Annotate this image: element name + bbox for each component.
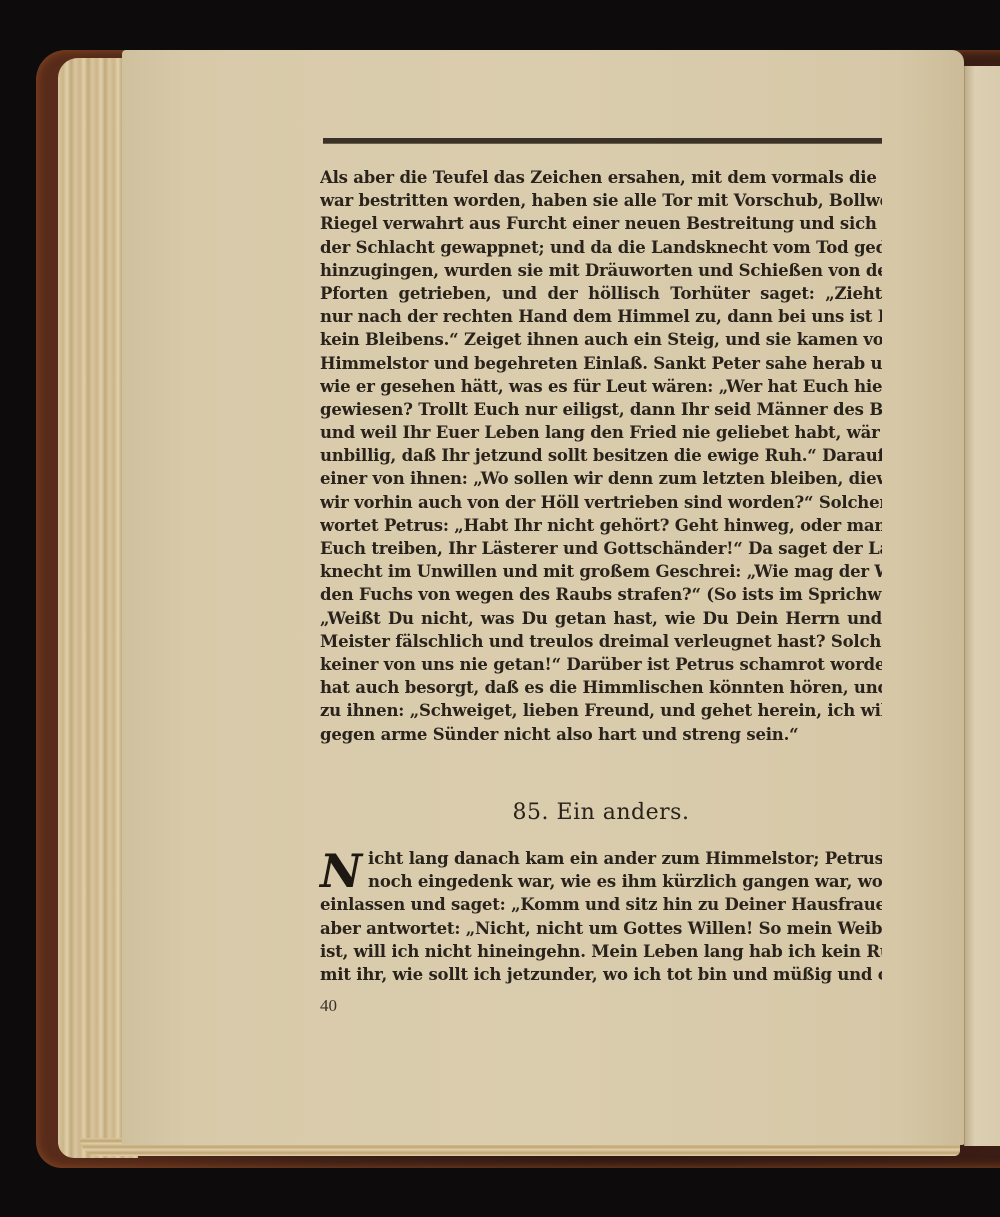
text-line: Riegel verwahrt aus Furcht einer neuen B…: [320, 212, 882, 235]
section-heading: 85. Ein anders.: [320, 800, 882, 825]
text-line: Pforten getrieben, und der höllisch Torh…: [320, 282, 882, 305]
continued-story-text: Als aber die Teufel das Zeichen ersahen,…: [320, 166, 882, 746]
header-rule: [323, 138, 882, 144]
text-line: aber antwortet: „Nicht, nicht um Gottes …: [320, 917, 882, 940]
text-line: zu ihnen: „Schweiget, lieben Freund, und…: [320, 699, 882, 722]
text-line: keiner von uns nie getan!“ Darüber ist P…: [320, 653, 882, 676]
text-line: „Weißt Du nicht, was Du getan hast, wie …: [320, 607, 882, 630]
drop-cap: N: [320, 849, 362, 893]
text-line: den Fuchs von wegen des Raubs strafen?“ …: [320, 583, 882, 606]
text-line: und weil Ihr Euer Leben lang den Fried n…: [320, 421, 882, 444]
text-line: war bestritten worden, haben sie alle To…: [320, 189, 882, 212]
text-line: wie er gesehen hätt, was es für Leut wär…: [320, 375, 882, 398]
section-85-text: N icht lang danach kam ein ander zum Him…: [320, 847, 882, 986]
text-line: Meister fälschlich und treulos dreimal v…: [320, 630, 882, 653]
text-line: noch eingedenk war, wie es ihm kürzlich …: [368, 870, 882, 893]
text-line: einlassen und saget: „Komm und sitz hin …: [320, 893, 882, 916]
facing-page-edge: [964, 66, 1000, 1146]
text-line: Als aber die Teufel das Zeichen ersahen,…: [320, 166, 882, 189]
text-line: hat auch besorgt, daß es die Himmlischen…: [320, 676, 882, 699]
text-line: icht lang danach kam ein ander zum Himme…: [368, 847, 882, 870]
text-line: nur nach der rechten Hand dem Himmel zu,…: [320, 305, 882, 328]
text-line: der Schlacht gewappnet; und da die Lands…: [320, 236, 882, 259]
text-line: hinzugingen, wurden sie mit Dräuworten u…: [320, 259, 882, 282]
text-line: einer von ihnen: „Wo sollen wir denn zum…: [320, 467, 882, 490]
text-line: gewiesen? Trollt Euch nur eiligst, dann …: [320, 398, 882, 421]
text-line: Himmelstor und begehreten Einlaß. Sankt …: [320, 352, 882, 375]
text-line: mit ihr, wie sollt ich jetzunder, wo ich…: [320, 963, 882, 986]
text-line: wir vorhin auch von der Höll vertrieben …: [320, 491, 882, 514]
text-line: wortet Petrus: „Habt Ihr nicht gehört? G…: [320, 514, 882, 537]
text-line: knecht im Unwillen und mit großem Geschr…: [320, 560, 882, 583]
page-number: 40: [320, 996, 337, 1016]
text-line: unbillig, daß Ihr jetzund sollt besitzen…: [320, 444, 882, 467]
text-line: kein Bleibens.“ Zeiget ihnen auch ein St…: [320, 328, 882, 351]
text-line: Euch treiben, Ihr Lästerer und Gottschän…: [320, 537, 882, 560]
text-line: ist, will ich nicht hineingehn. Mein Leb…: [320, 940, 882, 963]
text-line: gegen arme Sünder nicht also hart und st…: [320, 723, 882, 746]
